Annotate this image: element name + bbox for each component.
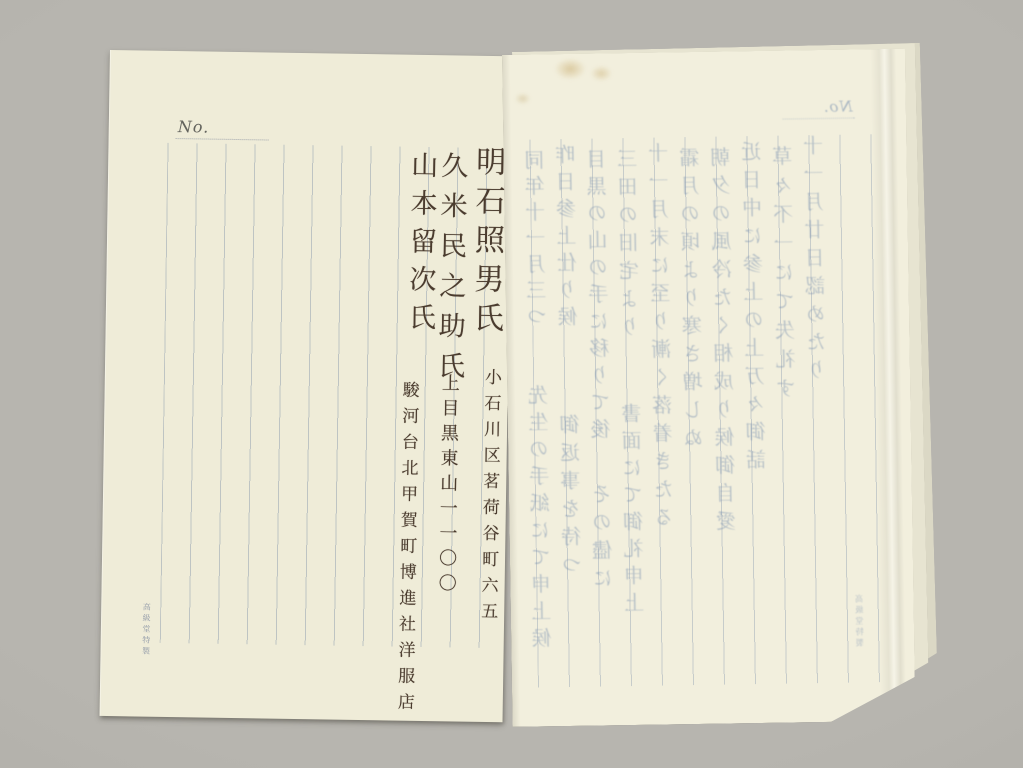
foxing-stain xyxy=(515,93,531,105)
bleedthrough-column: 目黒の山の手に移りて後 xyxy=(582,148,616,460)
bleedthrough-column: 霜月の頃より寒さ増しぬ xyxy=(675,147,709,469)
foxing-stain xyxy=(554,58,586,80)
stationery-maker-mark: 高級堂特製 xyxy=(140,603,152,667)
name-column-3: 山本留次氏 xyxy=(399,151,442,380)
bleedthrough-column: 昨日参上仕り候 xyxy=(551,144,583,342)
bleedthrough-column: 草々不一にて失礼す xyxy=(768,145,801,427)
right-manuscript-page: No. 同年十一月三つ 先生の手紙にて申上候 昨日参上仕り候 御返事を待つ 目黒… xyxy=(502,49,916,727)
no-heading-label: No. xyxy=(176,117,270,140)
bleedthrough-maker-mark: 高級堂特製 xyxy=(854,594,866,656)
bleedthrough-column: 御返事を待つ xyxy=(556,414,588,592)
bleedthrough-column: 書面にて御礼申上 xyxy=(617,403,650,631)
bleedthrough-no-label: No. xyxy=(783,97,855,119)
bleedthrough-column: 先生の手紙にて申上候 xyxy=(524,384,557,666)
foxing-stain xyxy=(590,65,612,81)
address-column-1: 小石川区茗荷谷町六五 xyxy=(475,368,504,643)
bleedthrough-column: 三田の旧宅より xyxy=(613,148,645,356)
address-column-3: 駿河台北甲賀町博進社洋服店 xyxy=(391,381,422,733)
bleedthrough-column: 十一月廿日認めたり xyxy=(799,135,832,403)
bleedthrough-column: 同年十一月三つ xyxy=(520,149,552,341)
address-column-2: 上目黒東山一一〇〇 xyxy=(433,373,462,583)
photograph-backdrop: No. 明石照男氏 久米民之助氏 山本留次氏 小石川区茗荷谷町六五 上目黒東山一… xyxy=(0,0,1023,768)
bleedthrough-column: その儘に xyxy=(588,483,619,601)
bleedthrough-column: 近日中に参上の上万々御話 xyxy=(737,141,772,503)
left-manuscript-page: No. 明石照男氏 久米民之助氏 山本留次氏 小石川区茗荷谷町六五 上目黒東山一… xyxy=(100,50,513,722)
